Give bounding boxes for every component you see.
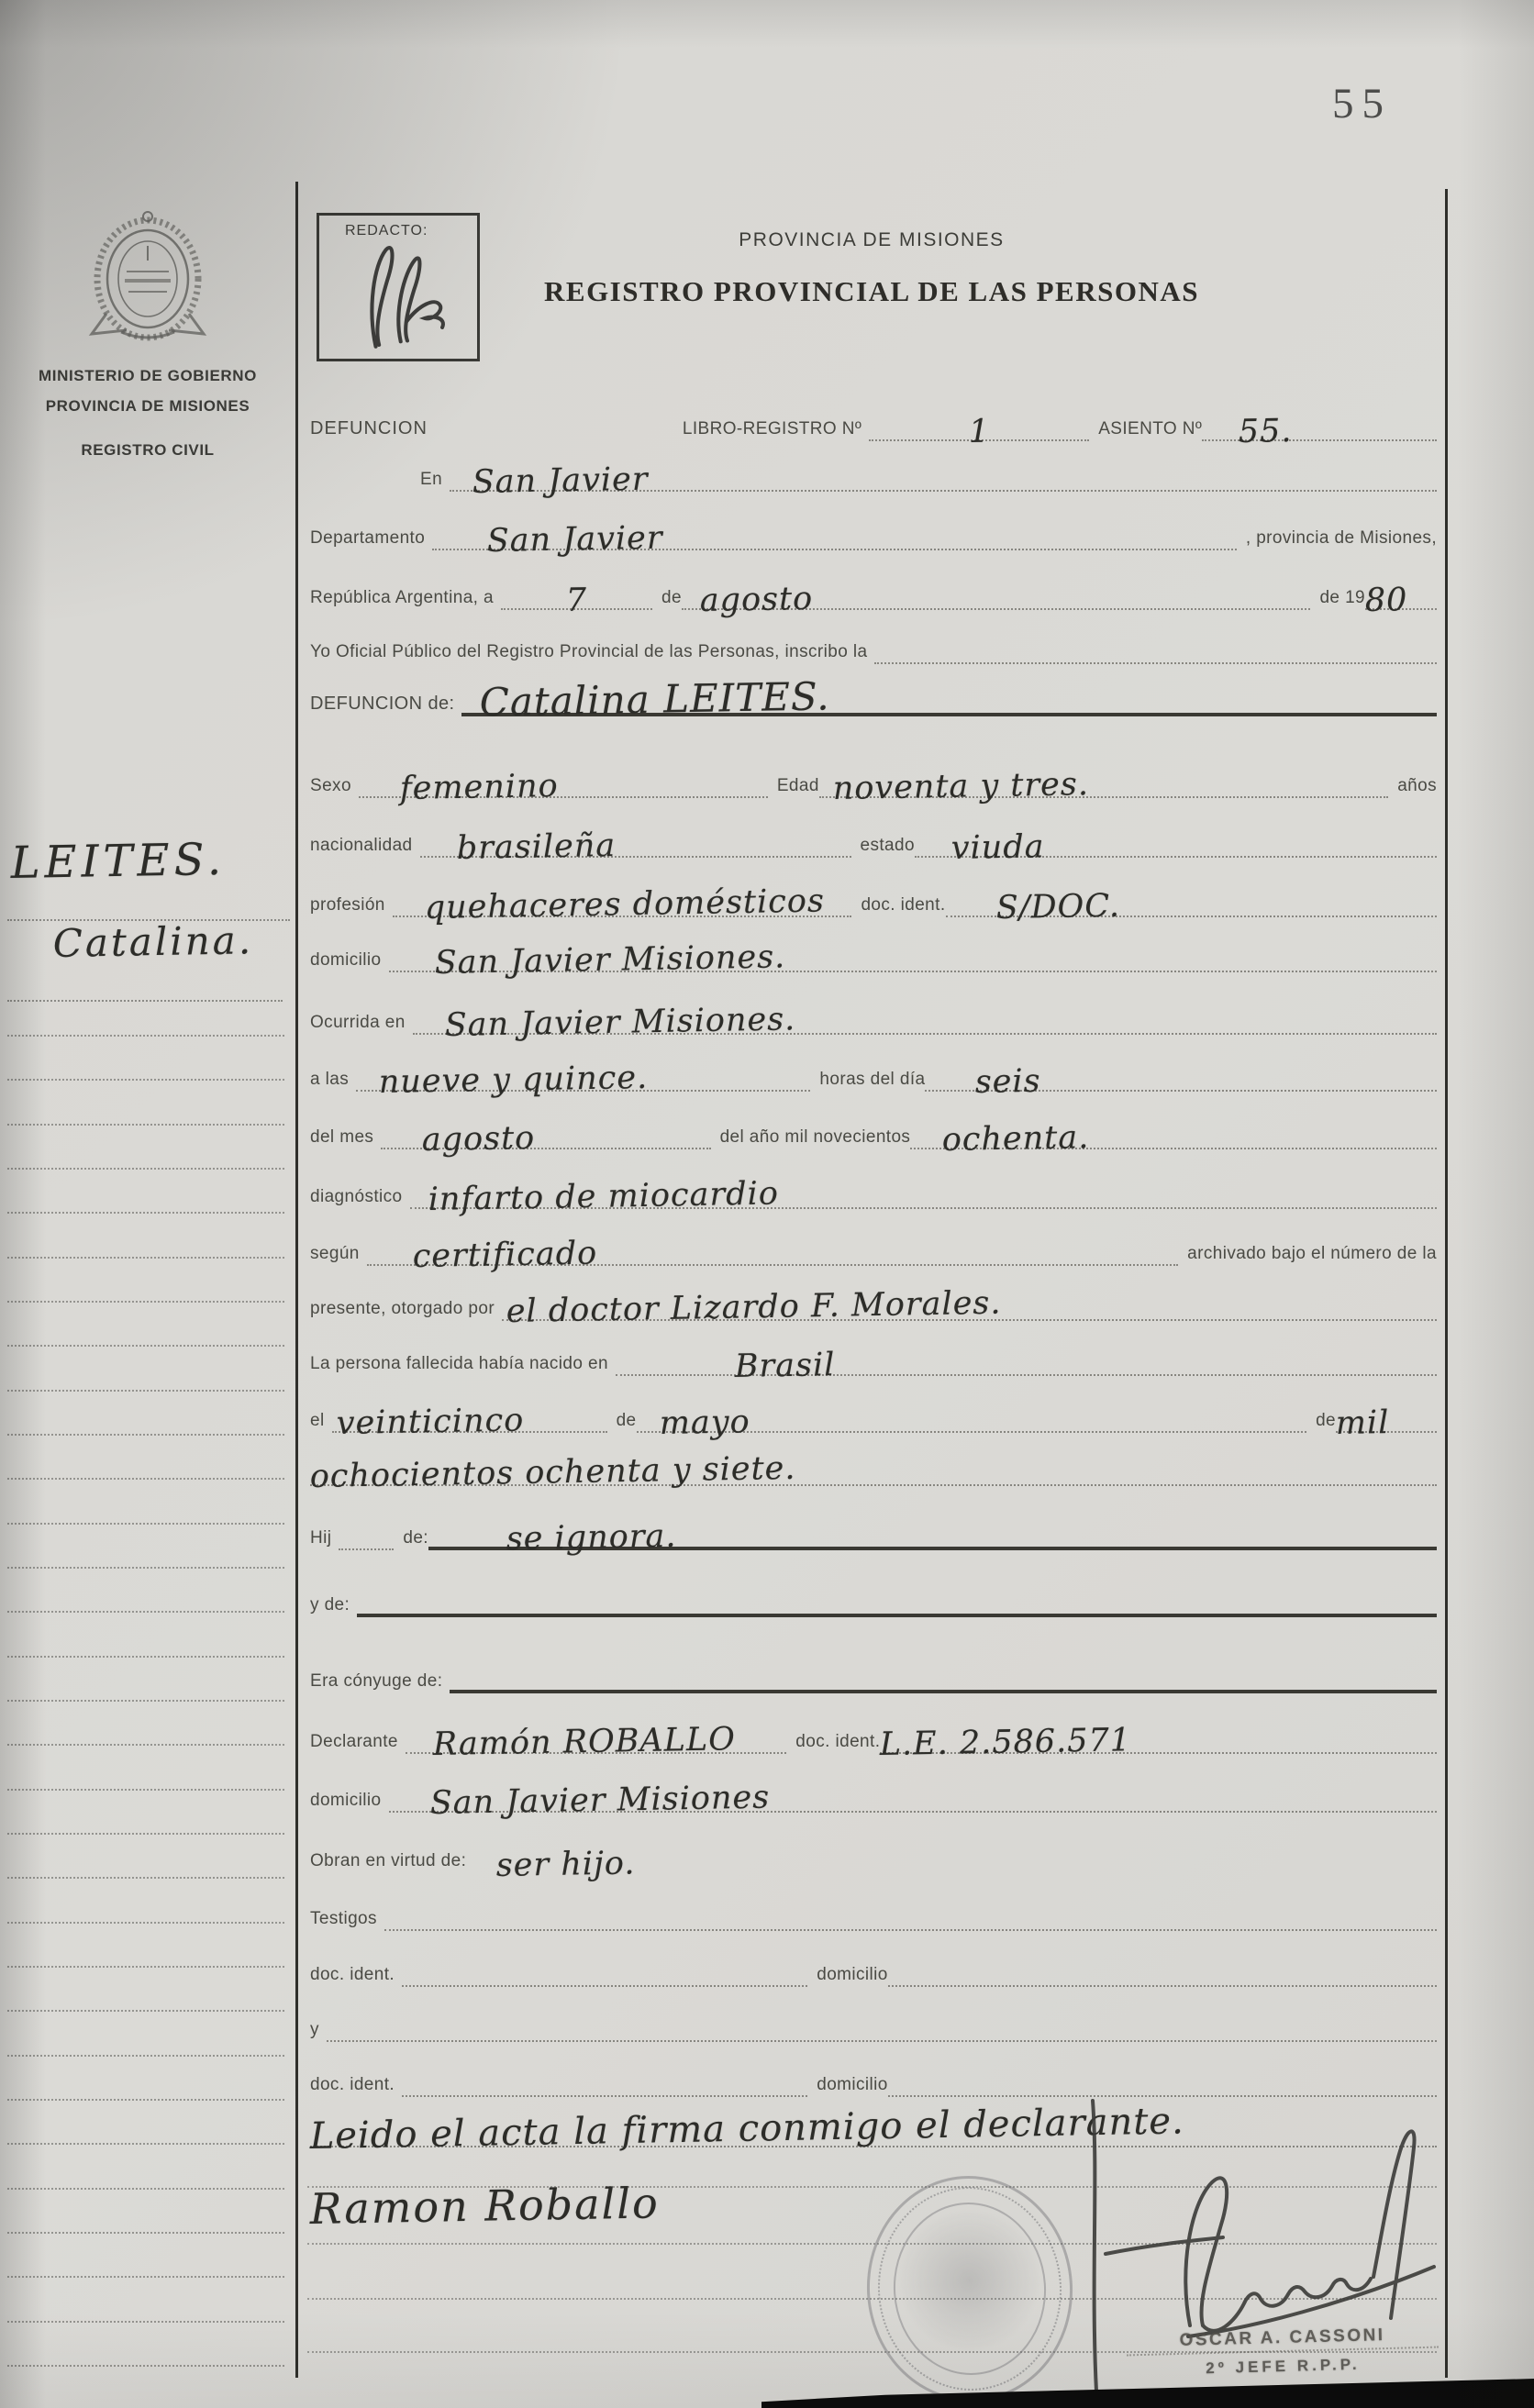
birthyear-field: ochocientos ochenta y siete. xyxy=(310,1464,1437,1486)
age-value: noventa y tres. xyxy=(832,771,1089,802)
death-year-field: ochenta. xyxy=(910,1127,1437,1149)
birthplace-value: Brasil xyxy=(734,1352,835,1380)
status-label: estado xyxy=(851,836,915,858)
spouse-field xyxy=(450,1690,1437,1693)
age-label: Edad xyxy=(768,776,819,798)
month-value: agosto xyxy=(699,586,813,614)
mother-field: se ignora. xyxy=(428,1526,1437,1550)
diagnosis-value: infarto de miocardio xyxy=(428,1181,779,1213)
and-row: y xyxy=(310,1996,1437,2042)
letterhead-province: PROVINCIA DE MISIONES xyxy=(17,397,279,416)
entry-number-value: 55. xyxy=(1239,418,1293,445)
official-round-stamp-icon xyxy=(860,2169,1081,2408)
declarant-signature: Ramon Roballo xyxy=(309,2186,660,2225)
spouse-label: Era cónyuge de: xyxy=(310,1671,450,1693)
nationality-field: brasileña xyxy=(420,836,851,858)
witness2-name-field xyxy=(327,2040,1437,2042)
letterhead-office: REGISTRO CIVIL xyxy=(17,441,279,460)
certificate-row: según certificado archivado bajo el núme… xyxy=(310,1220,1437,1266)
birthplace-field: Brasil xyxy=(616,1354,1437,1376)
doc-id-field: S/DOC. xyxy=(946,895,1437,917)
capacity-row: Obran en virtud de: ser hijo. xyxy=(310,1827,1437,1873)
deceased-name-field: Catalina LEITES. xyxy=(461,687,1437,716)
declarant-name-field: Ramón ROBALLO xyxy=(406,1732,786,1754)
witnesses-field xyxy=(384,1929,1437,1931)
time-field: nueve y quince. xyxy=(356,1070,810,1092)
child-of-label2: de: xyxy=(394,1528,428,1550)
diagnosis-row: diagnóstico infarto de miocardio xyxy=(310,1163,1437,1209)
header-province: PROVINCIA DE MISIONES xyxy=(295,229,1448,251)
entry-number-field: 55. xyxy=(1202,419,1437,441)
declarant-address-row: domicilio San Javier Misiones xyxy=(310,1767,1437,1813)
deceased-name-value: Catalina LEITES. xyxy=(480,682,830,718)
birth-millennium-field: mil xyxy=(1336,1411,1437,1433)
declarant-label: Declarante xyxy=(310,1732,406,1754)
occurred-label: Ocurrida en xyxy=(310,1013,413,1035)
doc-id-label: doc. ident. xyxy=(851,895,945,917)
profession-value: quehaceres domésticos xyxy=(424,888,825,921)
page-number: 55 xyxy=(1332,79,1392,128)
age-field: noventa y tres. xyxy=(819,776,1388,798)
birthyear-row: ochocientos ochenta y siete. xyxy=(310,1440,1437,1486)
birth-day-value: veinticinco xyxy=(336,1407,524,1437)
date-label: República Argentina, a xyxy=(310,588,501,610)
birth-of2-label: de xyxy=(1306,1411,1336,1433)
declarant-doc-label: doc. ident. xyxy=(786,1732,880,1754)
occurred-row: Ocurrida en San Javier Misiones. xyxy=(310,989,1437,1035)
death-month-value: agosto xyxy=(422,1126,536,1153)
department-label: Departamento xyxy=(310,528,432,550)
month-field: agosto xyxy=(682,588,1311,610)
death-certificate-scan: 55 MINISTERIO DE GOBIERNO PROVINCIA DE M… xyxy=(0,0,1534,2408)
time-value: nueve y quince. xyxy=(379,1065,649,1095)
provincial-seal-icon xyxy=(84,205,211,350)
death-month-field: agosto xyxy=(381,1127,710,1149)
witness1-doc-row: doc. ident. domicilio xyxy=(310,1941,1437,1987)
entry-label: ASIENTO Nº xyxy=(1089,419,1202,441)
death-year-label: del año mil novecientos xyxy=(711,1127,911,1149)
spouse-row: Era cónyuge de: xyxy=(310,1648,1437,1693)
witness2-doc-row: doc. ident. domicilio xyxy=(310,2051,1437,2097)
occurred-value: San Javier Misiones. xyxy=(444,1006,795,1038)
witness1-doc-label: doc. ident. xyxy=(310,1965,402,1987)
place-row: En San Javier xyxy=(310,446,1437,492)
child-of-gap xyxy=(339,1548,394,1550)
department-row: Departamento San Javier , provincia de M… xyxy=(310,505,1437,550)
declarant-name-value: Ramón ROBALLO xyxy=(432,1726,736,1758)
witness1-address-label: domicilio xyxy=(807,1965,888,1987)
address-value: San Javier Misiones. xyxy=(434,944,785,976)
margin-rule xyxy=(7,1000,283,1002)
day-of-death-field: seis xyxy=(925,1070,1437,1092)
certificate-field: certificado xyxy=(367,1244,1178,1266)
record-type-label: DEFUNCION xyxy=(310,418,435,441)
diagnosis-label: diagnóstico xyxy=(310,1187,410,1209)
doctor-name-value: el doctor Lizardo F. Morales. xyxy=(506,1291,1002,1325)
birth-month-field: mayo xyxy=(637,1411,1307,1433)
department-suffix: , provincia de Misiones, xyxy=(1237,528,1437,550)
nationality-label: nacionalidad xyxy=(310,836,420,858)
profession-label: profesión xyxy=(310,895,393,917)
address-row: domicilio San Javier Misiones. xyxy=(310,927,1437,972)
capacity-field: ser hijo. xyxy=(473,1853,1437,1873)
mother-value: se ignora. xyxy=(506,1524,677,1552)
archived-under-label: archivado bajo el número de la xyxy=(1178,1244,1437,1266)
status-value: viuda xyxy=(950,834,1044,861)
diagnosis-field: infarto de miocardio xyxy=(410,1187,1437,1209)
declarant-row: Declarante Ramón ROBALLO doc. ident. L.E… xyxy=(310,1708,1437,1754)
of-year-label: de 19 xyxy=(1310,588,1365,610)
address-label: domicilio xyxy=(310,950,389,972)
address-field: San Javier Misiones. xyxy=(389,950,1437,972)
official-label: Yo Oficial Público del Registro Provinci… xyxy=(310,642,874,664)
profession-field: quehaceres domésticos xyxy=(393,895,852,917)
book-label: LIBRO-REGISTRO Nº xyxy=(683,419,869,441)
issued-by-label: presente, otorgado por xyxy=(310,1299,502,1321)
hours-of-day-label: horas del día xyxy=(810,1070,925,1092)
date-row: República Argentina, a 7 de agosto de 19… xyxy=(310,564,1437,610)
nationality-row: nacionalidad brasileña estado viuda xyxy=(310,812,1437,858)
birth-of1-label: de xyxy=(607,1411,637,1433)
declarant-address-field: San Javier Misiones xyxy=(389,1791,1437,1813)
declarant-address-label: domicilio xyxy=(310,1791,389,1813)
birthyear-value: ochocientos ochenta y siete. xyxy=(310,1456,796,1490)
department-field: San Javier xyxy=(432,528,1237,550)
sex-field: femenino xyxy=(359,776,768,798)
place-label: En xyxy=(420,470,450,492)
certificate-value: certificado xyxy=(412,1240,597,1270)
margin-ruled-lines xyxy=(7,1035,284,2367)
status-field: viuda xyxy=(915,836,1437,858)
book-number-value: 1 xyxy=(968,419,990,445)
occurred-field: San Javier Misiones. xyxy=(413,1013,1437,1035)
capacity-label: Obran en virtud de: xyxy=(310,1851,473,1873)
and-label: y xyxy=(310,2020,327,2042)
and-of-row: y de: xyxy=(310,1571,1437,1617)
per-label: según xyxy=(310,1244,367,1266)
book-number-field: 1 xyxy=(869,419,1089,441)
issued-by-row: presente, otorgado por el doctor Lizardo… xyxy=(310,1275,1437,1321)
birthdate-el-label: el xyxy=(310,1411,332,1433)
place-field: San Javier xyxy=(450,470,1437,492)
witnesses-row: Testigos xyxy=(310,1885,1437,1931)
header-registry-title: REGISTRO PROVINCIAL DE LAS PERSONAS xyxy=(295,275,1448,308)
margin-surname: LEITES. xyxy=(10,842,226,881)
month-row: del mes agosto del año mil novecientos o… xyxy=(310,1104,1437,1149)
child-of-row: Hij de: se ignora. xyxy=(310,1504,1437,1550)
year-field: 80 xyxy=(1365,588,1437,610)
birth-millennium-value: mil xyxy=(1336,1410,1390,1437)
of-label: de xyxy=(652,588,682,610)
day-field: 7 xyxy=(501,588,652,610)
death-month-label: del mes xyxy=(310,1127,381,1149)
birthplace-row: La persona fallecida había nacido en Bra… xyxy=(310,1330,1437,1376)
deceased-label: DEFUNCION de: xyxy=(310,694,461,716)
form-left-border xyxy=(295,182,298,2378)
years-suffix: años xyxy=(1388,776,1437,798)
father-field xyxy=(357,1614,1437,1617)
department-value: San Javier xyxy=(487,526,663,554)
birth-month-value: mayo xyxy=(659,1409,750,1437)
declarant-doc-field: L.E. 2.586.571 xyxy=(880,1732,1437,1754)
witnesses-label: Testigos xyxy=(310,1909,384,1931)
margin-given-name: Catalina. xyxy=(52,925,253,959)
letterhead: MINISTERIO DE GOBIERNO PROVINCIA DE MISI… xyxy=(17,205,279,460)
birth-day-field: veinticinco xyxy=(332,1411,607,1433)
deceased-row: DEFUNCION de: Catalina LEITES. xyxy=(310,665,1437,716)
time-label: a las xyxy=(310,1070,356,1092)
official-field xyxy=(874,662,1437,664)
profession-row: profesión quehaceres domésticos doc. ide… xyxy=(310,871,1437,917)
letterhead-ministry: MINISTERIO DE GOBIERNO xyxy=(17,367,279,385)
nationality-value: brasileña xyxy=(456,833,616,861)
form-right-border xyxy=(1445,189,1448,2378)
birthplace-label: La persona fallecida había nacido en xyxy=(310,1354,616,1376)
sex-value: femenino xyxy=(399,773,558,802)
place-value: San Javier xyxy=(472,467,649,495)
sex-row: Sexo femenino Edad noventa y tres. años xyxy=(310,752,1437,798)
death-year-value: ochenta. xyxy=(942,1125,1090,1153)
child-of-label: Hij xyxy=(310,1528,339,1550)
declarant-doc-value: L.E. 2.586.571 xyxy=(880,1727,1132,1758)
birthdate-row: el veinticinco de mayo de mil xyxy=(310,1387,1437,1433)
witness1-doc-field xyxy=(402,1985,807,1987)
day-of-death-value: seis xyxy=(975,1069,1041,1095)
sex-label: Sexo xyxy=(310,776,359,798)
and-of-label: y de: xyxy=(310,1595,357,1617)
year-value: 80 xyxy=(1365,587,1408,614)
issued-by-field: el doctor Lizardo F. Morales. xyxy=(502,1299,1437,1321)
official-name-stamp: OSCAR A. CASSONI 2º JEFE R.P.P. xyxy=(1126,2325,1439,2380)
declarant-address-value: San Javier Misiones xyxy=(429,1785,770,1816)
capacity-value: ser hijo. xyxy=(496,1850,636,1879)
doc-id-value: S/DOC. xyxy=(995,893,1120,921)
day-value: 7 xyxy=(565,588,587,614)
time-row: a las nueve y quince. horas del día seis xyxy=(310,1046,1437,1092)
official-row: Yo Oficial Público del Registro Provinci… xyxy=(310,618,1437,664)
witness1-address-field xyxy=(888,1985,1437,1987)
registry-row: DEFUNCION LIBRO-REGISTRO Nº 1 ASIENTO Nº… xyxy=(310,395,1437,441)
